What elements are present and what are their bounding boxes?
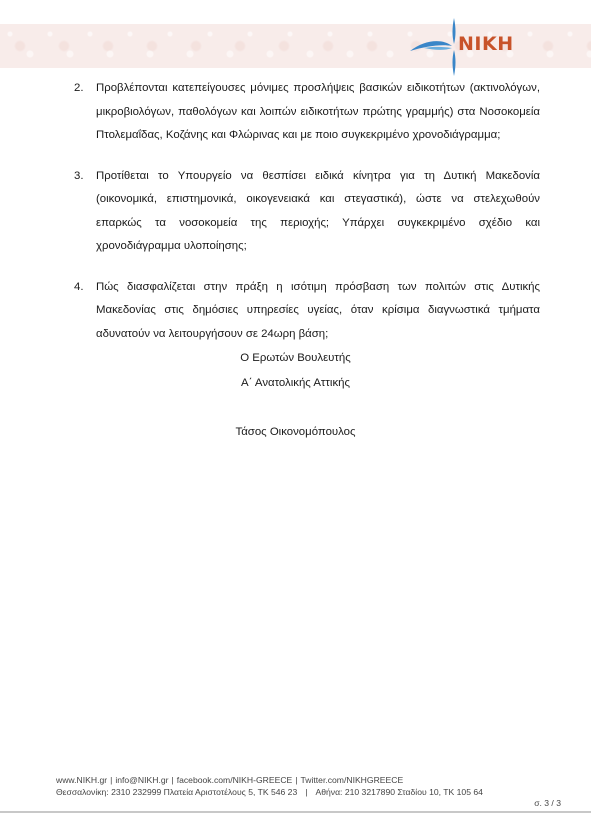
- question-text: Πώς διασφαλίζεται στην πράξη η ισότιμη π…: [96, 281, 540, 340]
- signature-name: Τάσος Οικονομόπουλος: [0, 426, 591, 438]
- footer-thessaloniki-address: Θεσσαλονίκη: 2310 232999 Πλατεία Αριστοτ…: [56, 787, 297, 797]
- document-body: 2. Προβλέπονται κατεπείγουσες μόνιμες πρ…: [74, 77, 540, 363]
- page-number: σ. 3 / 3: [534, 798, 561, 808]
- question-item: 4. Πώς διασφαλίζεται στην πράξη η ισότιμ…: [74, 276, 540, 347]
- page-footer: www.NIKH.gr|info@NIKH.gr|facebook.com/NI…: [56, 775, 483, 798]
- footer-contact-line: www.NIKH.gr|info@NIKH.gr|facebook.com/NI…: [56, 775, 483, 787]
- footer-email-link[interactable]: info@NIKH.gr: [115, 775, 168, 785]
- question-item: 2. Προβλέπονται κατεπείγουσες μόνιμες πρ…: [74, 77, 540, 148]
- footer-twitter-link[interactable]: Twitter.com/NIKHGREECE: [301, 775, 404, 785]
- logo-text: NIKH: [458, 33, 514, 55]
- question-text: Προβλέπονται κατεπείγουσες μόνιμες προσλ…: [96, 82, 540, 141]
- footer-address-line: Θεσσαλονίκη: 2310 232999 Πλατεία Αριστοτ…: [56, 787, 483, 799]
- question-item: 3. Προτίθεται το Υπουργείο να θεσπίσει ε…: [74, 165, 540, 259]
- question-text: Προτίθεται το Υπουργείο να θεσπίσει ειδι…: [96, 170, 540, 253]
- footer-facebook-link[interactable]: facebook.com/NIKH-GREECE: [177, 775, 293, 785]
- signature-constituency: Α΄ Ανατολικής Αττικής: [0, 377, 591, 389]
- question-number: 4.: [74, 276, 84, 300]
- wind-turbine-icon: [404, 18, 464, 76]
- signature-role: Ο Ερωτών Βουλευτής: [0, 352, 591, 364]
- question-number: 2.: [74, 77, 84, 101]
- footer-athens-address: Αθήνα: 210 3217890 Σταδίου 10, ΤΚ 105 64: [315, 787, 482, 797]
- footer-website-link[interactable]: www.NIKH.gr: [56, 775, 107, 785]
- nikh-logo: NIKH: [404, 18, 524, 76]
- question-number: 3.: [74, 165, 84, 189]
